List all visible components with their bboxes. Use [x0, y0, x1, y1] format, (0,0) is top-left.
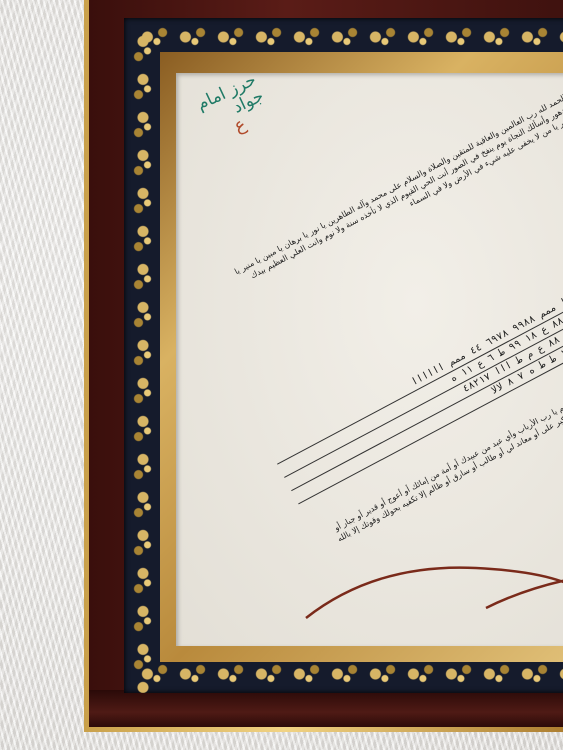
gold-scrollwork-top: [136, 22, 563, 52]
gold-scrollwork-left: [128, 30, 158, 693]
gold-scrollwork-bottom: [136, 659, 563, 689]
brown-pen-stroke: [176, 73, 563, 646]
frame-wood-bottom: [89, 690, 563, 727]
manuscript-paper: حرز امام جواد ع بسم الله الرحمن الرحيم ا…: [176, 73, 563, 646]
